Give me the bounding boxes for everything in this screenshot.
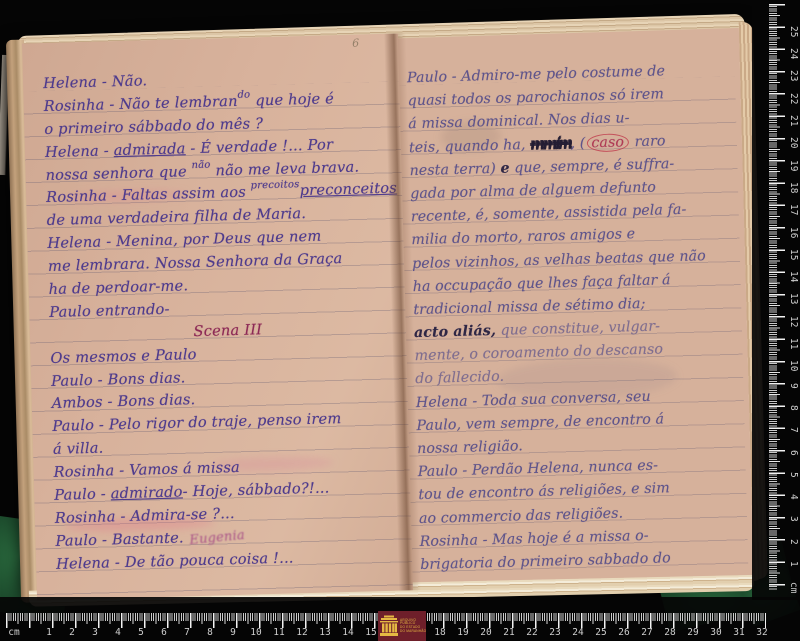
manuscript-text: Paulo - Admiro-me pelo costume de	[407, 63, 665, 86]
manuscript-text: que constitue, vulgar-	[496, 319, 661, 339]
manuscript-text: caso	[586, 133, 629, 152]
manuscript-text: Paulo - Bastante.	[55, 529, 184, 549]
manuscript-text: nossa religião.	[417, 438, 523, 457]
ruler-number: 26	[614, 627, 634, 638]
archival-photo: 6 Helena - Não.Rosinha - Não te lembrand…	[0, 0, 800, 641]
manuscript-text: Os mesmos e Paulo	[50, 346, 197, 367]
manuscript-text: que, sempre, é suffra-	[509, 156, 674, 176]
ruler-number: 20	[476, 627, 496, 638]
manuscript-text: Rosinha - Vamos á missa	[53, 459, 240, 481]
ruler-number: 6	[154, 627, 174, 638]
ruler-number: 1	[787, 561, 799, 575]
ruler-number: 21	[499, 627, 519, 638]
manuscript-text: o primeiro sábbado do mês ?	[44, 115, 263, 138]
left-page: Helena - Não.Rosinha - Não te lembrando …	[22, 33, 413, 600]
ruler-number: 17	[787, 204, 799, 218]
ruler-number: 11	[787, 338, 799, 352]
ruler-number: 11	[269, 627, 289, 638]
manuscript-text: Helena - Não.	[43, 72, 148, 92]
manuscript-text: Rosinha - Mas hoje é a missa o-	[419, 528, 649, 550]
manuscript-text: precoitos	[250, 180, 299, 192]
ruler-cm-ticks	[769, 4, 785, 590]
ruler-number: 19	[453, 627, 473, 638]
manuscript-text: Ambos - Bons dias.	[52, 392, 196, 413]
manuscript-text: recente, é, somente, assistida pela fa-	[411, 202, 687, 225]
right-page-handwriting: Paulo - Admiro-me pelo costume dequasi t…	[407, 58, 749, 577]
manuscript-text: tradicional missa de sétimo dia;	[413, 296, 646, 318]
ruler-number: 29	[683, 627, 703, 638]
ruler-number: 4	[787, 494, 799, 508]
manuscript-text: admirada	[113, 140, 185, 159]
ruler-number: 15	[787, 249, 799, 263]
ruler-number: 25	[787, 26, 799, 40]
manuscript-text: não me leva brava.	[210, 158, 359, 179]
ruler-number: 24	[787, 48, 799, 62]
manuscript-text: Helena - De tão pouca coisa !...	[56, 549, 294, 572]
ruler-number: 21	[787, 115, 799, 129]
ruler-number: 22	[787, 93, 799, 107]
manuscript-text: não	[191, 159, 210, 171]
ruler-number: 13	[787, 293, 799, 307]
ruler-number: 9	[223, 627, 243, 638]
vertical-cm-ruler: 1234567891011121314151617181920212223242…	[752, 0, 800, 600]
manuscript-text: teis, quando ha,	[409, 136, 531, 155]
ruler-number: 5	[787, 472, 799, 486]
manuscript-text: tou de encontro ás religiões, e sim	[418, 481, 670, 504]
manuscript-notebook: 6 Helena - Não.Rosinha - Não te lembrand…	[8, 24, 764, 601]
left-page-handwriting: Helena - Não.Rosinha - Não te lembrando …	[43, 63, 412, 576]
manuscript-text: Rosinha - Faltas assim aos	[46, 184, 251, 207]
right-page: Paulo - Admiro-me pelo costume dequasi t…	[398, 24, 749, 590]
ruler-number: 23	[787, 70, 799, 84]
manuscript-text: ao commercio das religiões.	[419, 505, 624, 527]
manuscript-text: Paulo, vem sempre, de encontro á	[416, 411, 664, 434]
ruler-number: 25	[591, 627, 611, 638]
ruler-number: 14	[338, 627, 358, 638]
manuscript-text: brigatoria do primeiro sabbado do	[420, 550, 671, 573]
ruler-number: 31	[729, 627, 749, 638]
ruler-number: 2	[787, 539, 799, 553]
ruler-number: 14	[787, 271, 799, 285]
ruler-unit-label: cm	[4, 627, 24, 638]
ruler-number: 10	[787, 360, 799, 374]
manuscript-text: preconceitos	[299, 180, 397, 200]
archive-logo-text: ARQUIVO PÚBLICO DO ESTADO DO MARANHÃO	[400, 619, 426, 633]
ruler-number: 4	[108, 627, 128, 638]
ruler-unit-label: cm	[787, 582, 799, 596]
ruler-number: 28	[660, 627, 680, 638]
ruler-number: 12	[292, 627, 312, 638]
ruler-number: 8	[200, 627, 220, 638]
manuscript-text: quasi todos os parochianos só irem	[407, 86, 664, 109]
ruler-number: 1	[39, 627, 59, 638]
ruler-number: 8	[787, 405, 799, 419]
archive-building-icon	[380, 615, 398, 637]
ruler-number: 27	[637, 627, 657, 638]
manuscript-text: mente, o coroamento do descanso	[414, 342, 663, 365]
manuscript-text: mmím	[530, 135, 571, 152]
pencil-page-number: 6	[352, 37, 359, 50]
archive-logo: ARQUIVO PÚBLICO DO ESTADO DO MARANHÃO	[378, 611, 426, 641]
manuscript-text: milia do morto, raros amigos e	[411, 226, 635, 248]
ruler-number: 2	[62, 627, 82, 638]
ruler-number: 3	[787, 516, 799, 530]
manuscript-text: Helena -	[45, 142, 114, 161]
ruler-number: 30	[706, 627, 726, 638]
manuscript-text: gada por alma de alguem defunto	[410, 179, 656, 202]
ruler-number: 23	[545, 627, 565, 638]
ruler-number: 6	[787, 450, 799, 464]
ruler-number: 13	[315, 627, 335, 638]
manuscript-text: pelos vizinhos, as velhas beatas que não	[412, 248, 706, 272]
manuscript-text: Helena - Toda sua conversa, seu	[416, 388, 651, 410]
manuscript-text: Paulo -	[54, 485, 111, 504]
ruler-number: 5	[131, 627, 151, 638]
ruler-number: 24	[568, 627, 588, 638]
manuscript-text: - Hoje, sábbado?!...	[182, 480, 329, 501]
manuscript-text: Rosinha - Admira-se ?...	[55, 505, 235, 527]
manuscript-text: Paulo - Perdão Helena, nunca es-	[418, 458, 659, 480]
manuscript-text: acto aliás,	[414, 323, 496, 341]
ruler-number: 18	[430, 627, 450, 638]
ruler-number: 7	[787, 427, 799, 441]
manuscript-text: que hoje é	[250, 90, 334, 109]
manuscript-text: admirado	[111, 483, 183, 502]
manuscript-text: raro	[630, 133, 666, 150]
manuscript-text: do	[237, 89, 250, 100]
manuscript-text: do fallecido.	[415, 369, 504, 387]
manuscript-text: ha occupação que lhes faça faltar á	[413, 272, 671, 295]
manuscript-text: Paulo entrando-	[49, 301, 170, 321]
manuscript-text: á missa dominical. Nos dias u-	[408, 111, 630, 133]
manuscript-text: nossa senhora que	[45, 163, 192, 184]
manuscript-text: á villa.	[53, 440, 104, 458]
manuscript-text: Rosinha - Não te lembran	[43, 93, 237, 115]
ruler-number: 18	[787, 182, 799, 196]
ruler-number: 16	[787, 227, 799, 241]
manuscript-text: de uma verdadeira filha de Maria.	[47, 205, 307, 229]
manuscript-text: ha de perdoar-me.	[48, 277, 188, 298]
ruler-number: 10	[246, 627, 266, 638]
ruler-number: 20	[787, 137, 799, 151]
logo-line: DO MARANHÃO	[400, 630, 426, 634]
ruler-number: 7	[177, 627, 197, 638]
ruler-number: 19	[787, 160, 799, 174]
manuscript-text: Helena - Menina, por Deus que nem	[47, 228, 321, 252]
manuscript-text: , (	[570, 135, 585, 151]
ruler-number: 22	[522, 627, 542, 638]
ruler-number: 32	[752, 627, 772, 638]
manuscript-text: - É verdade !... Por	[185, 136, 333, 157]
ruler-number: 3	[85, 627, 105, 638]
ruler-number: 9	[787, 383, 799, 397]
manuscript-text: nesta terra)	[409, 160, 500, 178]
manuscript-text: Paulo - Bons dias.	[51, 369, 186, 390]
ruler-number: 12	[787, 316, 799, 330]
